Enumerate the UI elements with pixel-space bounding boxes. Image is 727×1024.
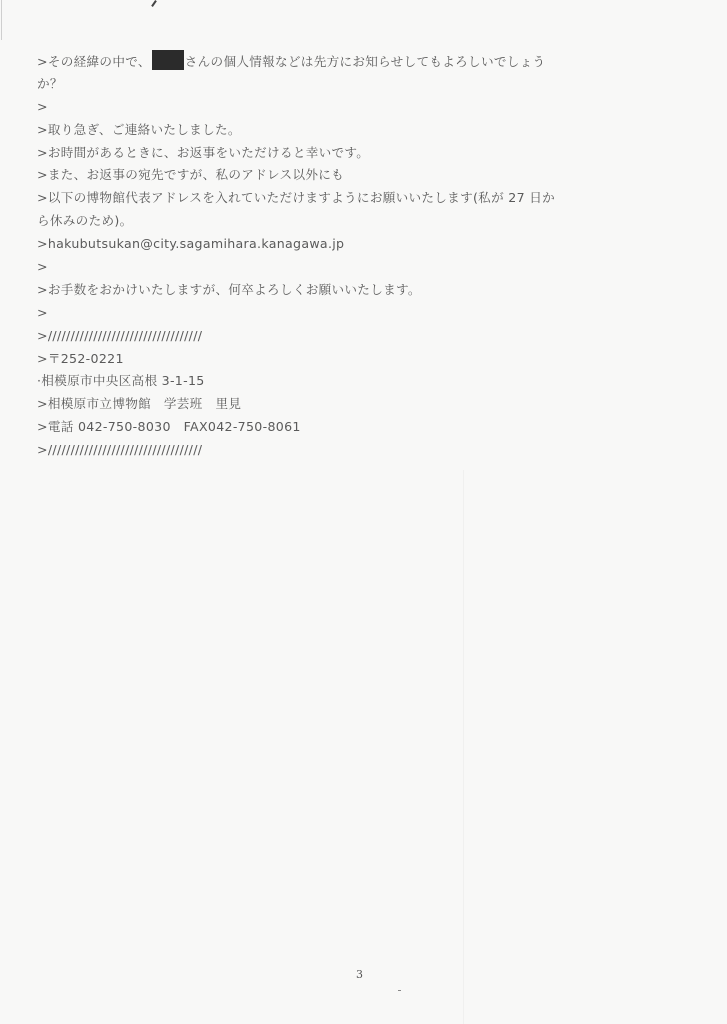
line-quick-contact: >取り急ぎ、ご連絡いたしました。	[37, 119, 697, 142]
line-quote-blank: >	[37, 256, 697, 279]
line-reply-address: >また、お返事の宛先ですが、私のアドレス以外にも	[37, 164, 697, 187]
line-museum-address-request: >以下の博物館代表アドレスを入れていただけますようにお願いいたします(私が 27…	[37, 187, 697, 210]
pen-mark	[151, 0, 157, 7]
redaction-box	[152, 50, 184, 70]
page-number: 3	[356, 968, 363, 981]
signature-divider-bottom: >//////////////////////////////////	[37, 439, 697, 462]
line-quote-blank: >	[37, 96, 697, 119]
line-privacy-question-cont: か？	[37, 73, 697, 96]
line-closing: >お手数をおかけいたしますが、何卒よろしくお願いいたします。	[37, 279, 697, 302]
signature-postal-code: >〒252-0221	[37, 348, 697, 371]
scan-speck	[398, 990, 401, 991]
signature-street-address: ·相模原市中央区高根 3-1-15	[37, 370, 697, 393]
line-quote-blank: >	[37, 302, 697, 325]
line-reply-request: >お時間があるときに、お返事をいただけると幸いです。	[37, 142, 697, 165]
line-text-after: さんの個人情報などは先方にお知らせしてもよろしいでしょう	[185, 54, 546, 69]
line-museum-address-request-cont: ら休みのため)。	[37, 210, 697, 233]
scanned-page: >その経緯の中で、さんの個人情報などは先方にお知らせしてもよろしいでしょう か？…	[0, 0, 727, 1024]
signature-divider-top: >//////////////////////////////////	[37, 325, 697, 348]
signature-organization: >相模原市立博物館 学芸班 里見	[37, 393, 697, 416]
scan-edge	[1, 0, 2, 40]
paper-crease	[463, 470, 464, 1024]
line-privacy-question: >その経緯の中で、さんの個人情報などは先方にお知らせしてもよろしいでしょう	[37, 50, 697, 73]
museum-email-address: >hakubutsukan@city.sagamihara.kanagawa.j…	[37, 233, 697, 256]
email-quoted-body: >その経緯の中で、さんの個人情報などは先方にお知らせしてもよろしいでしょう か？…	[37, 50, 697, 462]
signature-phone-fax: >電話 042-750-8030 FAX042-750-8061	[37, 416, 697, 439]
line-text-before: >その経緯の中で、	[37, 54, 151, 69]
